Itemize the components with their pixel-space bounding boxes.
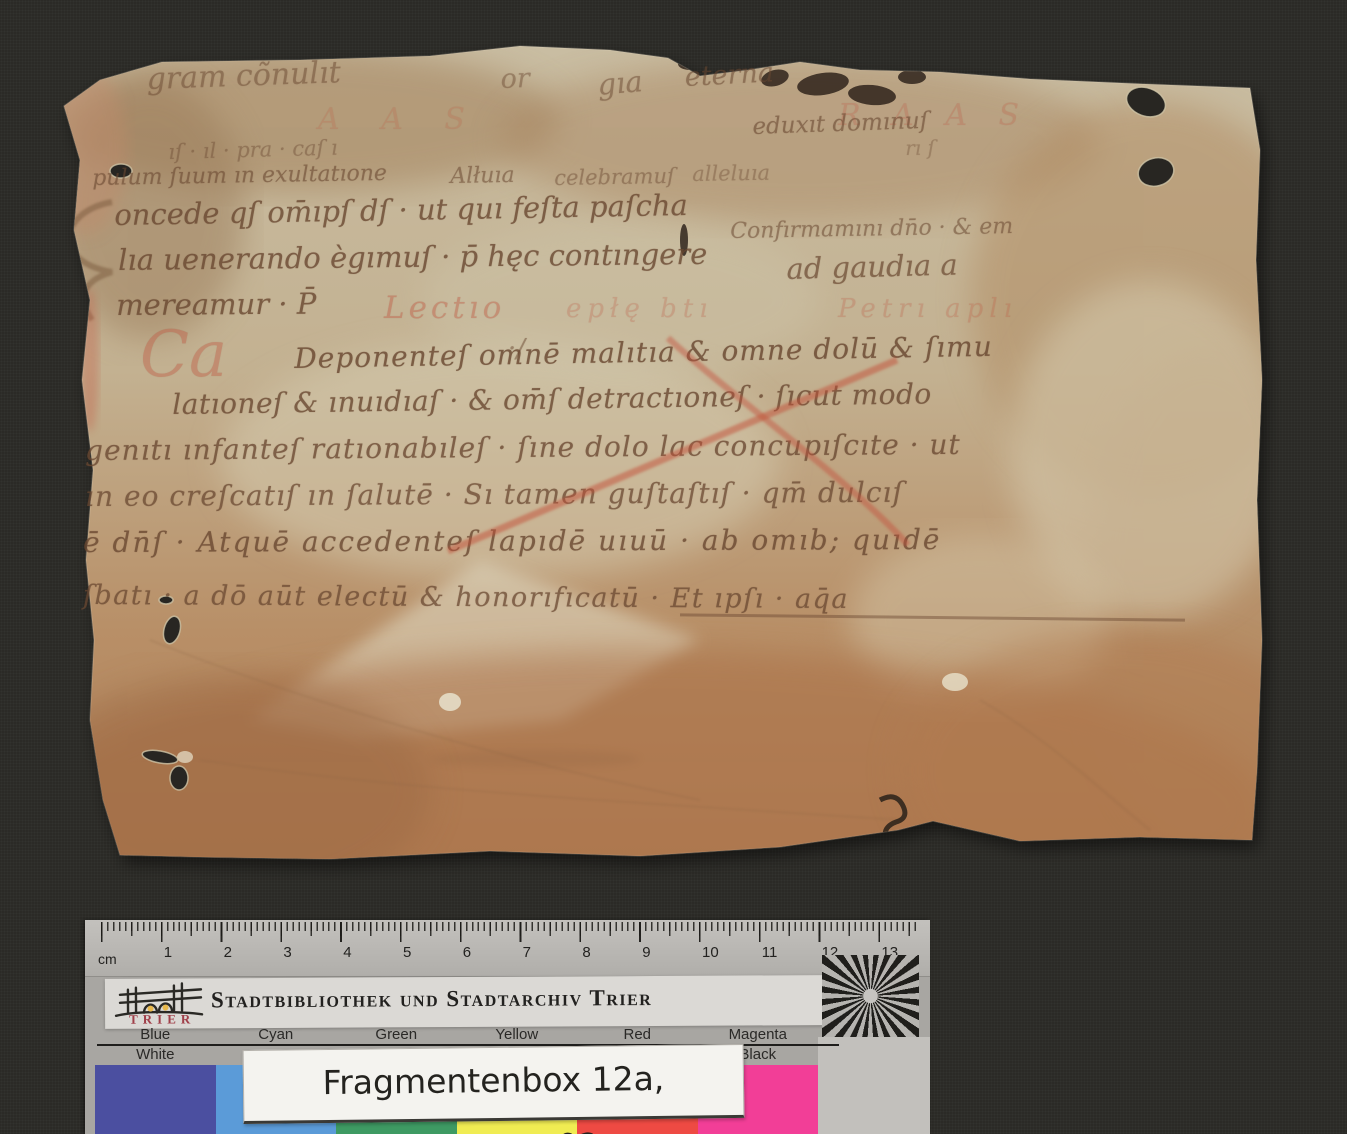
ruler-number: 11 — [762, 944, 778, 961]
ruler-number: 1 — [164, 944, 172, 961]
ruler-number: 8 — [582, 944, 590, 961]
ruler-cm-ticks — [101, 922, 919, 942]
ruler-unit-label: cm — [98, 951, 117, 967]
ruler-number: 9 — [642, 944, 650, 961]
color-name-label: Red — [623, 1026, 651, 1043]
institution-title: Stadtbibliothek und Stadtarchiv Trier — [211, 985, 652, 1013]
color-name-label: Green — [375, 1026, 417, 1043]
ruler-number: 5 — [403, 944, 411, 961]
siemens-star-icon — [822, 955, 919, 1037]
ruler-number: 4 — [343, 944, 351, 961]
color-name-label: Blue — [140, 1026, 170, 1043]
ruler: cm 12345678910111213 — [85, 920, 930, 977]
grey-name-label: White — [136, 1046, 174, 1063]
faded-text-traces — [430, 750, 640, 768]
shelfmark-sticker: Fragmentenbox 12a, Fragment 02 — [243, 1044, 745, 1124]
ruler-number: 6 — [463, 944, 471, 961]
color-name-label: Yellow — [495, 1026, 538, 1043]
color-patch-blue — [95, 1065, 216, 1134]
ruler-number: 7 — [523, 944, 531, 961]
color-name-label: Cyan — [258, 1026, 293, 1043]
shelfmark-text: Fragmentenbox 12a, Fragment 02 — [244, 1045, 744, 1121]
ruler-number: 3 — [283, 944, 291, 961]
color-name-label: Magenta — [729, 1026, 787, 1043]
scan-photo-background: gram cõnulıtorgıaeternaA A SR A A Sıſ · … — [0, 0, 1347, 1134]
grey-name-label: Black — [739, 1046, 776, 1063]
institution-label: Stadtbibliothek und Stadtarchiv Trier TR… — [105, 975, 823, 1029]
card-light-panel — [818, 1037, 930, 1134]
ruler-number: 2 — [224, 944, 232, 961]
ruler-number: 10 — [702, 944, 719, 961]
